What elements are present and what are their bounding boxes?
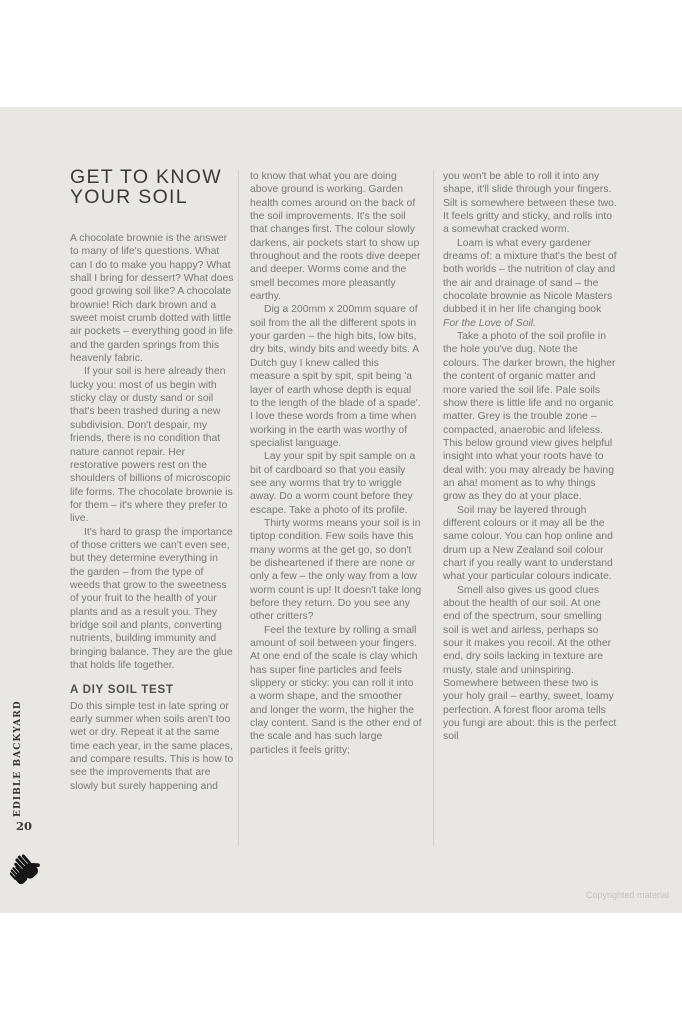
body-paragraph: Take a photo of the soil profile in the …: [443, 330, 617, 503]
body-paragraph: to know that what you are doing above gr…: [250, 170, 422, 303]
book-page-screenshot: GET TO KNOW YOUR SOIL A chocolate browni…: [0, 0, 682, 1024]
text-column-3: you won't be able to roll it into any sh…: [443, 170, 617, 744]
page-title: GET TO KNOW YOUR SOIL: [70, 167, 240, 207]
section-heading-diy-soil-test: A DIY SOIL TEST: [70, 683, 234, 696]
page-sheet: GET TO KNOW YOUR SOIL A chocolate browni…: [0, 107, 682, 913]
text-column-1: A chocolate brownie is the answer to man…: [70, 232, 234, 793]
body-paragraph: Soil may be layered through different co…: [443, 504, 617, 584]
column-divider: [238, 170, 239, 846]
page-title-line2: YOUR SOIL: [70, 186, 188, 208]
two-hands-logo-icon: [10, 847, 48, 891]
book-title-reference: For the Love of Soil.: [443, 318, 536, 329]
column-divider: [433, 170, 434, 846]
page-number: 20: [16, 819, 32, 833]
body-paragraph: Lay your spit by spit sample on a bit of…: [250, 450, 422, 517]
text-column-2: to know that what you are doing above gr…: [250, 170, 422, 757]
body-paragraph: Smell also gives us good clues about the…: [443, 584, 617, 744]
copyright-notice: Copyrighted material: [586, 890, 669, 900]
body-paragraph: Thirty worms means your soil is in tipto…: [250, 517, 422, 624]
page-title-line1: GET TO KNOW: [70, 166, 222, 188]
body-paragraph: If your soil is here already then lucky …: [70, 365, 234, 525]
body-paragraph: Do this simple test in late spring or ea…: [70, 700, 234, 793]
body-text-segment: Loam is what every gardener dreams of: a…: [443, 238, 617, 316]
body-paragraph: Loam is what every gardener dreams of: a…: [443, 237, 617, 330]
book-title-sidebar: EDIBLE BACKYARD: [13, 717, 23, 817]
body-paragraph: Feel the texture by rolling a small amou…: [250, 624, 422, 757]
body-paragraph: It's hard to grasp the importance of tho…: [70, 526, 234, 673]
body-paragraph: you won't be able to roll it into any sh…: [443, 170, 617, 237]
body-paragraph: Dig a 200mm x 200mm square of soil from …: [250, 303, 422, 450]
body-paragraph: A chocolate brownie is the answer to man…: [70, 232, 234, 365]
